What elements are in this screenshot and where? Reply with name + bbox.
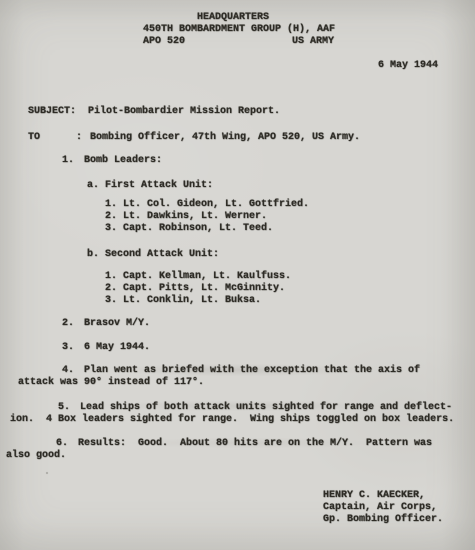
para-1b-letter: b. bbox=[87, 250, 105, 260]
para-6-line-1: 6.Results: Good. About 80 hits are on th… bbox=[56, 439, 432, 449]
subject-line: SUBJECT:Pilot-Bombardier Mission Report. bbox=[28, 107, 280, 117]
para-1a-first-attack-unit: a.First Attack Unit: bbox=[87, 181, 213, 191]
para-4-line-1: 4.Plan went as briefed with the exceptio… bbox=[62, 366, 420, 376]
leader-entry: 3. Capt. Robinson, Lt. Teed. bbox=[105, 224, 273, 234]
para-2-number: 2. bbox=[62, 319, 84, 329]
para-3-text: 6 May 1944. bbox=[84, 342, 150, 353]
signature-name: HENRY C. KAECKER, bbox=[323, 491, 425, 501]
to-label: TO bbox=[28, 133, 76, 143]
para-2-text: Brasov M/Y. bbox=[84, 318, 150, 329]
header-headquarters: HEADQUARTERS bbox=[197, 13, 269, 23]
para-4-number: 4. bbox=[62, 366, 84, 376]
para-1a-letter: a. bbox=[87, 181, 105, 191]
para-1b-second-attack-unit: b.Second Attack Unit: bbox=[87, 250, 219, 260]
para-5-text-1: Lead ships of both attack units sighted … bbox=[80, 402, 452, 413]
para-5-number: 5. bbox=[58, 403, 80, 413]
subject-value: Pilot-Bombardier Mission Report. bbox=[88, 106, 280, 117]
para-1a-text: First Attack Unit: bbox=[105, 180, 213, 191]
document-date: 6 May 1944 bbox=[378, 61, 438, 71]
signature-rank: Captain, Air Corps, bbox=[323, 503, 437, 513]
para-5-line-1: 5.Lead ships of both attack units sighte… bbox=[58, 403, 452, 413]
subject-label: SUBJECT: bbox=[28, 107, 88, 117]
para-3-number: 3. bbox=[62, 343, 84, 353]
document-page: HEADQUARTERS 450TH BOMBARDMENT GROUP (H)… bbox=[0, 0, 475, 550]
to-value: Bombing Officer, 47th Wing, APO 520, US … bbox=[90, 132, 360, 143]
para-6-number: 6. bbox=[56, 439, 78, 449]
header-apo: APO 520 bbox=[143, 37, 185, 47]
to-colon: : bbox=[76, 133, 90, 143]
leader-entry: 1. Capt. Kellman, Lt. Kaulfuss. bbox=[105, 272, 291, 282]
leader-entry: 3. Lt. Conklin, Lt. Buksa. bbox=[105, 296, 261, 306]
para-5-line-2: ion. 4 Box leaders sighted for range. Wi… bbox=[10, 415, 454, 425]
header-us-army: US ARMY bbox=[292, 37, 334, 47]
leader-entry: 1. Lt. Col. Gideon, Lt. Gottfried. bbox=[105, 200, 309, 210]
para-2-target: 2.Brasov M/Y. bbox=[62, 319, 150, 329]
para-6-line-2: also good. bbox=[6, 451, 66, 461]
para-1-bomb-leaders: 1.Bomb Leaders: bbox=[62, 156, 162, 166]
signature-title: Gp. Bombing Officer. bbox=[323, 515, 443, 525]
para-1-number: 1. bbox=[62, 156, 84, 166]
para-3-date: 3.6 May 1944. bbox=[62, 343, 150, 353]
header-group-line: 450TH BOMBARDMENT GROUP (H), AAF bbox=[143, 25, 335, 35]
para-1-text: Bomb Leaders: bbox=[84, 155, 162, 166]
leader-entry: 2. Lt. Dawkins, Lt. Werner. bbox=[105, 212, 267, 222]
para-4-text-1: Plan went as briefed with the exception … bbox=[84, 365, 420, 376]
leader-entry: 2. Capt. Pitts, Lt. McGinnity. bbox=[105, 284, 285, 294]
para-1b-text: Second Attack Unit: bbox=[105, 249, 219, 260]
para-4-line-2: attack was 90° instead of 117°. bbox=[18, 378, 204, 388]
para-6-text-1: Results: Good. About 80 hits are on the … bbox=[78, 438, 432, 449]
to-line: TO:Bombing Officer, 47th Wing, APO 520, … bbox=[28, 133, 360, 143]
